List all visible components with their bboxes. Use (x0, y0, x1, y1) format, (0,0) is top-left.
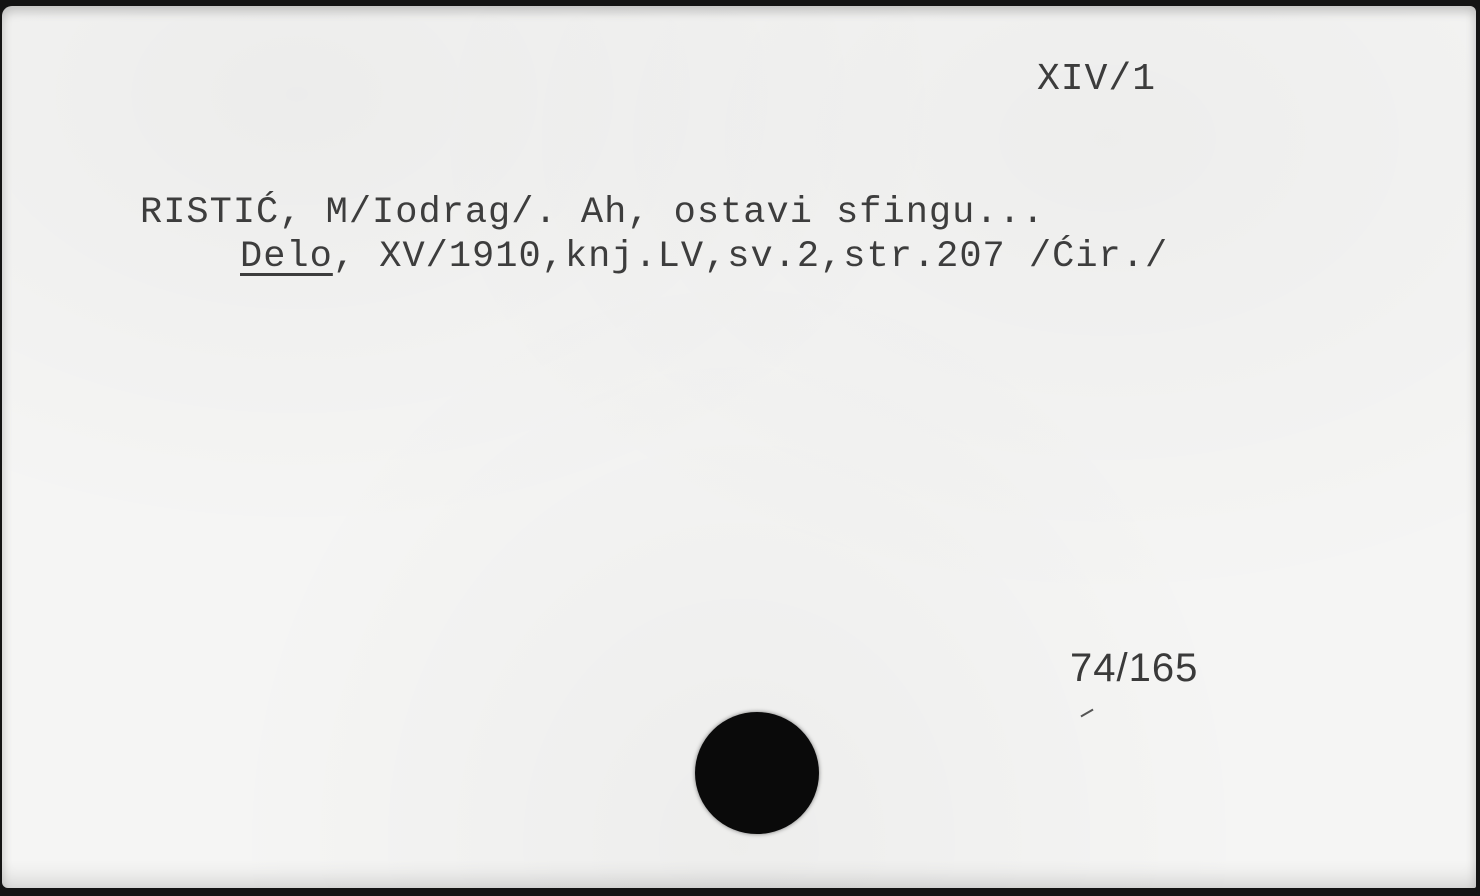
source-line: Delo, XV/1910,knj.LV,sv.2,str.207 /Ćir./ (240, 236, 1168, 278)
call-number: XIV/1 (1037, 58, 1156, 101)
punch-hole (695, 712, 819, 834)
source-details: , XV/1910,knj.LV,sv.2,str.207 /Ćir./ (333, 236, 1168, 278)
catalog-card: XIV/1 RISTIĆ, M/Iodrag/. Ah, ostavi sfin… (2, 6, 1476, 888)
author-title-line: RISTIĆ, M/Iodrag/. Ah, ostavi sfingu... (140, 192, 1045, 234)
card-bottom-edge (2, 860, 1476, 888)
journal-title: Delo (240, 236, 333, 278)
pencil-tick-mark (1080, 709, 1093, 718)
accession-number: 74/165 (1070, 646, 1198, 691)
